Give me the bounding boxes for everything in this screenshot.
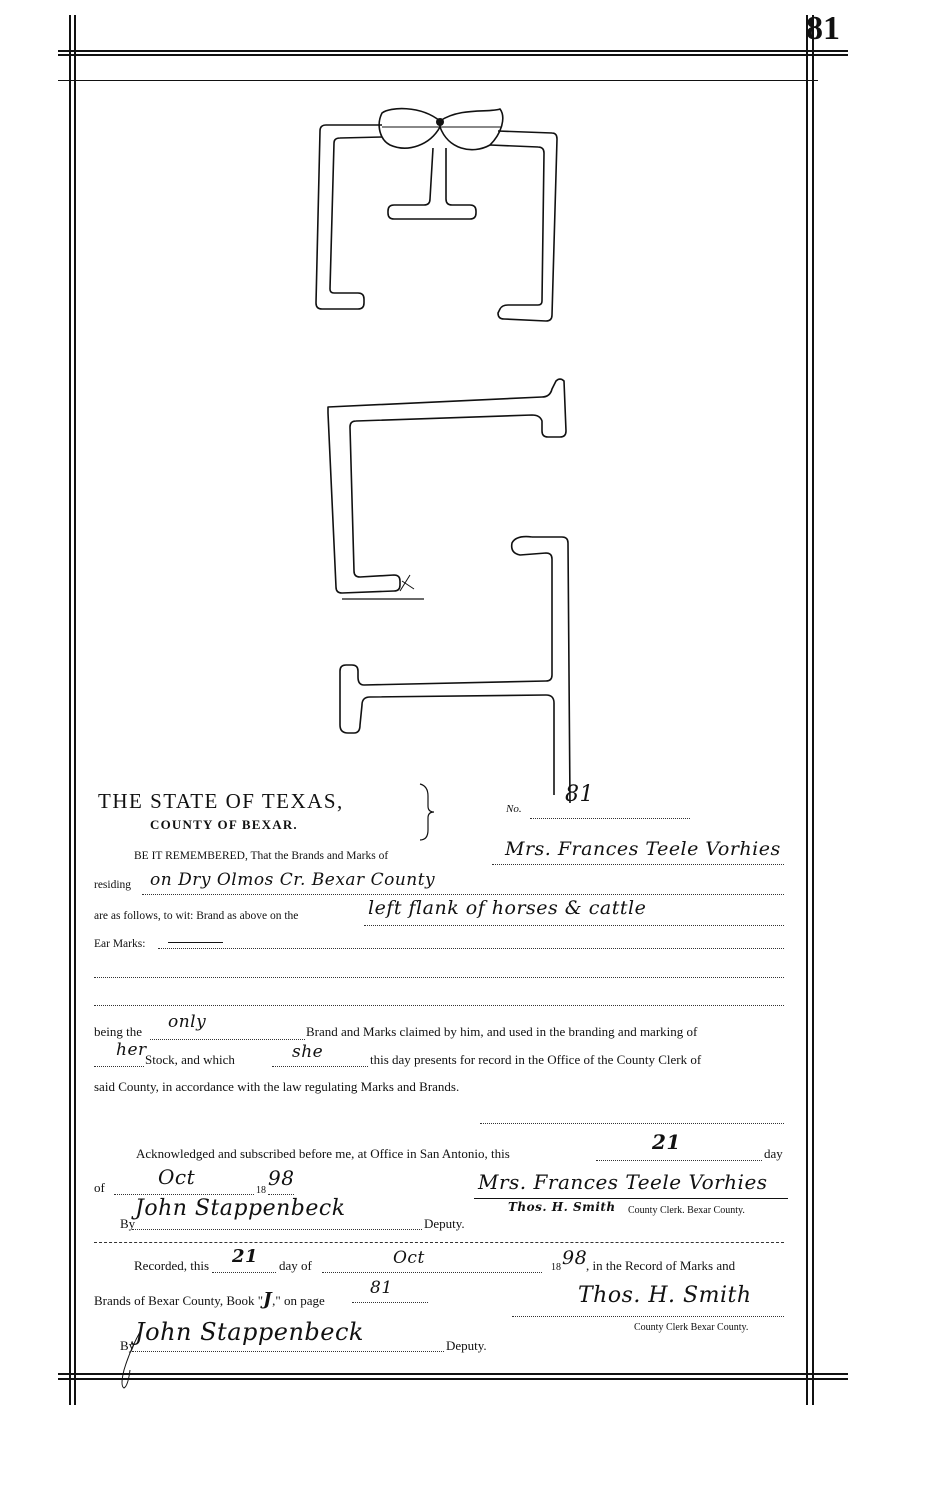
recorded-month-field: Oct	[393, 1248, 425, 1268]
brands-book-label: Brands of Bexar County, Book "J," on pag…	[94, 1289, 325, 1310]
ear-marks-label: Ear Marks:	[94, 938, 145, 950]
frame-left-line-2	[74, 15, 76, 1405]
frame-top-line-2	[58, 54, 848, 56]
ear-marks-stroke	[168, 942, 223, 943]
applicant-signature-line	[474, 1198, 788, 1199]
stock-owner-field: her	[116, 1040, 147, 1060]
record-deputy-label: Deputy.	[446, 1338, 487, 1354]
ack-day-label: day	[764, 1146, 783, 1162]
ack-clerk-title: County Clerk. Bexar County.	[628, 1205, 745, 1216]
stock-text: Stock, and which	[145, 1052, 235, 1068]
residing-label: residing	[94, 879, 131, 891]
ack-clerk-signature: Thos. H. Smith	[508, 1200, 616, 1214]
state-title: THE STATE OF TEXAS,	[98, 789, 344, 814]
residence-line	[142, 894, 784, 895]
record-of-marks-text: , in the Record of Marks and	[586, 1258, 735, 1274]
ack-year-field: 98	[268, 1166, 294, 1190]
recorded-year-field: 98	[562, 1247, 587, 1269]
record-deputy-line	[132, 1351, 444, 1352]
brand-location-field: left flank of horses & cattle	[368, 897, 646, 919]
county-subtitle: COUNTY OF BEXAR.	[150, 817, 298, 833]
ear-marks-line-2	[94, 977, 784, 978]
recorded-label: Recorded, this	[134, 1258, 209, 1274]
brand-symbol-bottom	[320, 375, 590, 795]
brand-symbol-top	[290, 95, 580, 335]
recorded-month-line	[322, 1272, 542, 1273]
be-it-remembered-text: BE IT REMEMBERED, That the Brands and Ma…	[134, 850, 388, 862]
frame-right-line-1	[806, 15, 808, 1405]
stock-owner-line	[94, 1066, 144, 1067]
blank-line-right	[480, 1123, 784, 1124]
on-page-label: ," on page	[272, 1293, 325, 1308]
record-number-label: No.	[506, 803, 522, 815]
being-the-line	[150, 1039, 305, 1040]
ear-marks-line-3	[94, 1005, 784, 1006]
recorded-year-prefix: 18	[551, 1262, 561, 1273]
book-value: J	[263, 1289, 272, 1310]
closing-text: said County, in accordance with the law …	[94, 1079, 459, 1095]
record-number-value: 81	[565, 782, 594, 807]
ack-of-label: of	[94, 1180, 105, 1196]
acknowledgment-text: Acknowledged and subscribed before me, a…	[136, 1146, 510, 1162]
presents-text: this day presents for record in the Offi…	[370, 1052, 701, 1068]
record-clerk-line	[512, 1316, 784, 1317]
recorded-day-line	[212, 1272, 276, 1273]
record-deputy-signature: John Stappenbeck	[135, 1318, 364, 1346]
section-divider	[94, 1242, 784, 1243]
ack-year-line	[268, 1194, 294, 1195]
ack-year-prefix: 18	[256, 1185, 266, 1196]
ack-deputy-label: Deputy.	[424, 1216, 465, 1232]
frame-top-line-3	[58, 80, 818, 81]
brand-location-line	[364, 925, 784, 926]
claimed-text: Brand and Marks claimed by him, and used…	[306, 1024, 697, 1040]
ack-deputy-line	[132, 1229, 422, 1230]
owner-name-line	[492, 864, 784, 865]
frame-top-line-1	[58, 50, 848, 52]
record-clerk-title: County Clerk Bexar County.	[634, 1322, 748, 1333]
residence-field: on Dry Olmos Cr. Bexar County	[150, 870, 435, 890]
presenter-line	[272, 1066, 368, 1067]
record-number-line	[530, 818, 690, 819]
brand-location-label: are as follows, to wit: Brand as above o…	[94, 910, 298, 922]
page-value-field: 81	[370, 1278, 393, 1298]
brace-divider	[418, 782, 438, 842]
signature-flourish	[110, 1330, 150, 1390]
ack-month-line	[114, 1194, 254, 1195]
ear-marks-line-1	[158, 948, 784, 949]
page-value-line	[352, 1302, 428, 1303]
being-the-label: being the	[94, 1024, 142, 1040]
recorded-day-field: 21	[232, 1246, 258, 1267]
record-clerk-signature: Thos. H. Smith	[578, 1283, 752, 1308]
page-number: 81	[806, 10, 840, 48]
presenter-field: she	[292, 1042, 323, 1062]
frame-left-line-1	[69, 15, 71, 1405]
ack-deputy-signature: John Stappenbeck	[135, 1196, 346, 1221]
ack-day-line	[596, 1160, 762, 1161]
ack-month-field: Oct	[158, 1165, 195, 1189]
frame-right-line-2	[812, 15, 814, 1405]
being-the-field: only	[168, 1012, 206, 1032]
ack-day-field: 21	[652, 1130, 681, 1154]
owner-name-field: Mrs. Frances Teele Vorhies	[505, 838, 781, 860]
frame-bottom-line-1	[58, 1373, 848, 1375]
brands-text: Brands of Bexar County, Book "	[94, 1293, 263, 1308]
frame-bottom-line-2	[58, 1378, 848, 1380]
recorded-day-of-label: day of	[279, 1258, 312, 1274]
applicant-signature: Mrs. Frances Teele Vorhies	[478, 1170, 768, 1194]
